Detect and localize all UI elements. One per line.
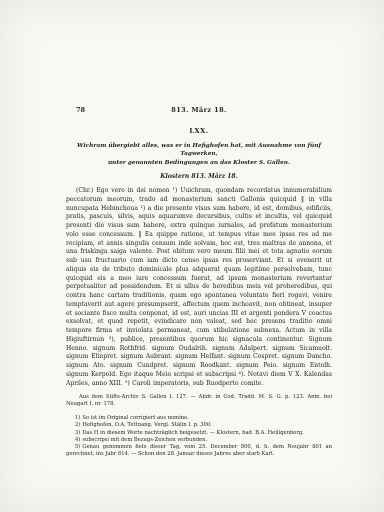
place-date-line: Klostern 813. März 18. (66, 173, 332, 180)
charter-number-heading: LXX. (66, 127, 332, 135)
source-note: Aus dem Stifts-Archiv S. Gallen I. 127. … (66, 394, 332, 408)
regest-summary: Wichram übergiebt alles, was er in Hefig… (66, 142, 332, 167)
footnote-1-text: So ist im Original corrigiert aus nomine… (82, 415, 188, 421)
regest-line-1: Wichram übergiebt alles, was er in Hefig… (66, 142, 332, 159)
scanned-document-page: 78 813. März 18. LXX. Wichram übergiebt … (0, 0, 384, 512)
page-number: 78 (76, 106, 85, 114)
charter-body-text: (Chr.) Ego vero in dei nomen ¹) Uuichram… (66, 187, 332, 388)
regest-line-2: unter genannten Bedingungen an das Klost… (66, 159, 332, 167)
footnote-3: 3)Das H in diesem Worte nachträglich bei… (66, 430, 332, 437)
running-head-date: 813. März 18. (66, 106, 332, 114)
footnote-5-text: Genau genommen fiele dieser Tag, vom 25.… (66, 444, 332, 457)
footnote-2: 2)Hefighofen, O.A. Tettnang. Vergl. Stäl… (66, 422, 332, 429)
footnote-2-text: Hefighofen, O.A. Tettnang. Vergl. Stälin… (82, 422, 211, 428)
footnote-block: 1)So ist im Original corrigiert aus nomi… (66, 415, 332, 458)
footnote-4: 4)subscripsi mit dem Bezugs-Zeichen verb… (66, 437, 332, 444)
text-column: 78 813. März 18. LXX. Wichram übergiebt … (66, 106, 332, 459)
page-header: 78 813. März 18. (66, 106, 332, 116)
footnote-4-text: subscripsi mit dem Bezugs-Zeichen verbun… (82, 437, 207, 443)
footnote-5: 5)Genau genommen fiele dieser Tag, vom 2… (66, 444, 332, 458)
footnote-3-text: Das H in diesem Worte nachträglich beige… (82, 430, 303, 436)
